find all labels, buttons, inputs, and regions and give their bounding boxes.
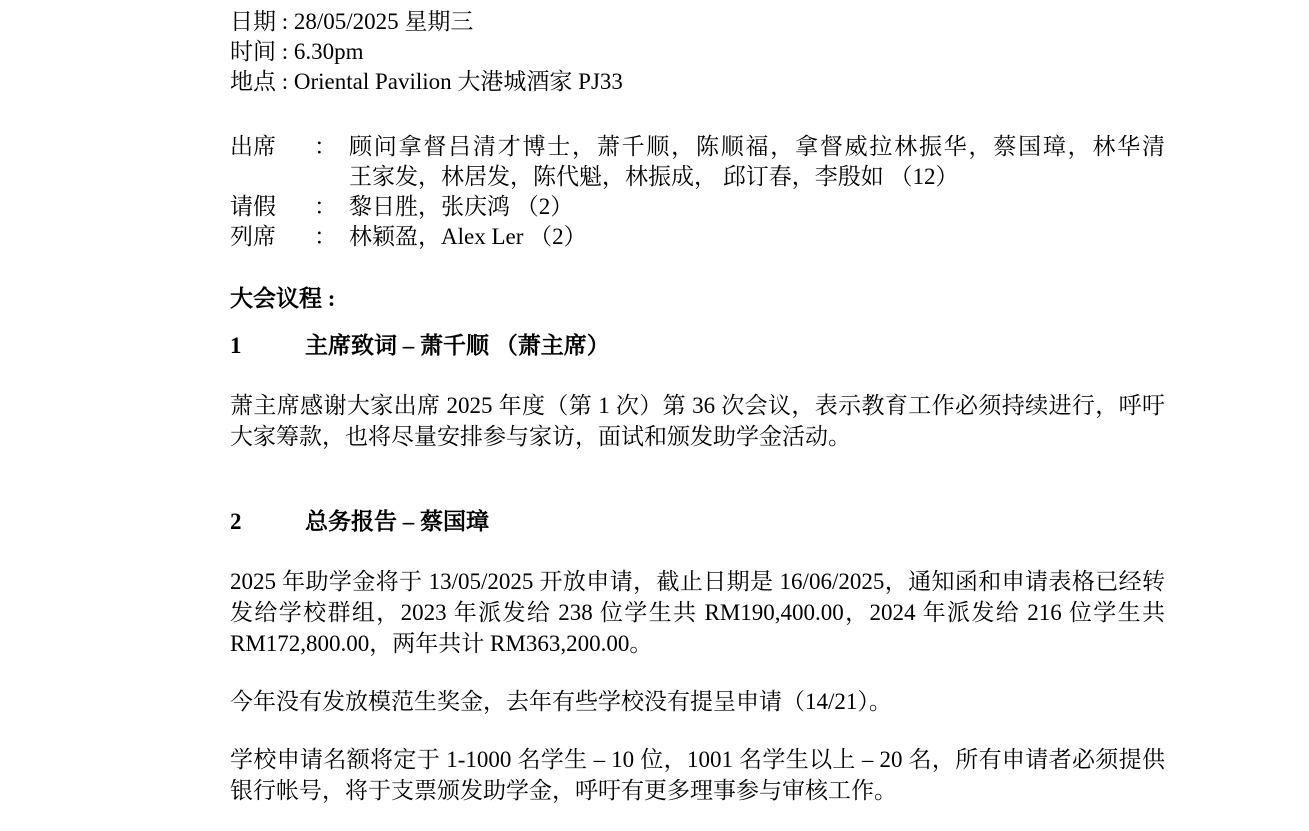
venue-value: Oriental Pavilion 大港城酒家 PJ33 [294,69,623,94]
section-1-number: 1 [230,331,305,361]
present-names: 顾问拿督吕清才博士，萧千顺，陈顺福，拿督威拉林振华，蔡国璋，林华清 王家发，林居… [337,132,1165,192]
section-2-title: 总务报告 – 蔡国璋 [305,507,489,537]
observers-colon: ： [314,222,337,252]
agenda-heading: 大会议程 : [230,284,1165,314]
time-value: 6.30pm [294,39,364,64]
attendance-observers-row: 列席 ： 林颖盈，Alex Ler （2） [230,222,1165,252]
document-page: 日期 : 28/05/2025 星期三 时间 : 6.30pm 地点 : Ori… [0,0,1165,806]
date-label: 日期 [230,9,276,34]
meeting-venue-row: 地点 : Oriental Pavilion 大港城酒家 PJ33 [230,67,1165,97]
excused-colon: ： [314,192,337,222]
section-1-paragraph: 萧主席感谢大家出席 2025 年度（第 1 次）第 36 次会议，表示教育工作必… [230,390,1165,452]
observers-names: 林颖盈，Alex Ler （2） [337,222,1165,252]
attendance-excused-row: 请假 ： 黎日胜，张庆鸿 （2） [230,192,1165,222]
attendance-present-row: 出席 ： 顾问拿督吕清才博士，萧千顺，陈顺福，拿督威拉林振华，蔡国璋，林华清 王… [230,132,1165,192]
attendance-block: 出席 ： 顾问拿督吕清才博士，萧千顺，陈顺福，拿督威拉林振华，蔡国璋，林华清 王… [230,132,1165,252]
venue-label: 地点 [230,69,276,94]
present-label: 出席 [230,132,314,162]
excused-label: 请假 [230,192,314,222]
present-colon: ： [314,132,337,162]
section-2-heading: 2 总务报告 – 蔡国璋 [230,507,1165,537]
present-names-line1: 顾问拿督吕清才博士，萧千顺，陈顺福，拿督威拉林振华，蔡国璋，林华清 [349,132,1165,162]
section-2-number: 2 [230,507,305,537]
excused-names: 黎日胜，张庆鸿 （2） [337,192,1165,222]
section-1-title: 主席致词 – 萧千顺 （萧主席） [305,331,610,361]
section-2-paragraph-2: 今年没有发放模范生奖金，去年有些学校没有提呈申请（14/21）。 [230,686,1165,717]
section-2-paragraph-1: 2025 年助学金将于 13/05/2025 开放申请，截止日期是 16/06/… [230,566,1165,659]
meeting-time-row: 时间 : 6.30pm [230,37,1165,67]
venue-separator: : [276,69,294,94]
date-separator: : [276,9,294,34]
present-names-line2: 王家发，林居发，陈代魁，林振成， 邱订春，李殷如 （12） [349,162,1165,192]
section-2-paragraph-3: 学校申请名额将定于 1-1000 名学生 – 10 位，1001 名学生以上 –… [230,744,1165,806]
section-1-heading: 1 主席致词 – 萧千顺 （萧主席） [230,331,1165,361]
meeting-date-row: 日期 : 28/05/2025 星期三 [230,7,1165,37]
meeting-meta-block: 日期 : 28/05/2025 星期三 时间 : 6.30pm 地点 : Ori… [230,7,1165,97]
observers-label: 列席 [230,222,314,252]
time-label: 时间 [230,39,276,64]
date-value: 28/05/2025 星期三 [294,9,474,34]
time-separator: : [276,39,294,64]
